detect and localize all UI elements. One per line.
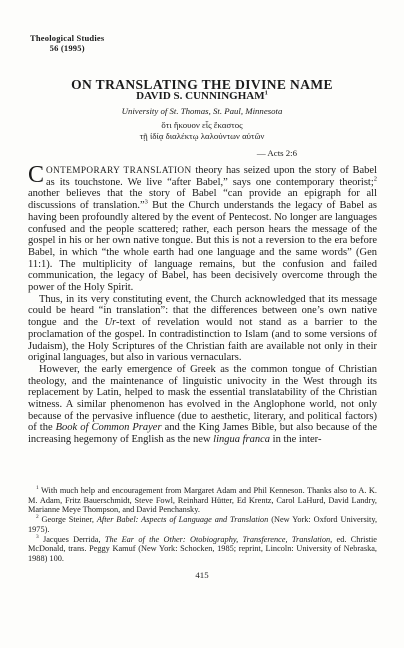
- paragraph-3-text: However, the early emergence of Greek as…: [28, 364, 377, 445]
- paragraph-1: CONTEMPORARY TRANSLATION theory has seiz…: [28, 165, 377, 294]
- author-name-text: DAVID S. CUNNINGHAM: [136, 90, 264, 102]
- footnote-2: 2 George Steiner, After Babel: Aspects o…: [28, 515, 377, 534]
- paragraph-2: Thus, in its very constituting event, th…: [28, 294, 377, 364]
- running-head: Theological Studies 56 (1995): [30, 33, 104, 53]
- journal-page: Theological Studies 56 (1995) ON TRANSLA…: [0, 0, 404, 648]
- footnote-3: 3 Jacques Derrida, The Ear of the Other:…: [28, 535, 377, 564]
- author-affiliation: University of St. Thomas, St. Paul, Minn…: [0, 106, 404, 116]
- author-footnote-marker: 1: [265, 89, 268, 96]
- journal-volume: 56 (1995): [30, 43, 104, 53]
- epigraph-block: ὅτι ἤκουον εἷς ἕκαστος τῇ ἰδίᾳ διαλέκτῳ …: [107, 120, 297, 159]
- journal-name: Theological Studies: [30, 33, 104, 43]
- footnote-3-text: Jacques Derrida, The Ear of the Other: O…: [28, 535, 377, 563]
- epigraph-greek-line-1: ὅτι ἤκουον εἷς ἕκαστος: [107, 120, 297, 131]
- article-body: CONTEMPORARY TRANSLATION theory has seiz…: [28, 165, 377, 446]
- footnote-2-text: George Steiner, After Babel: Aspects of …: [28, 515, 377, 534]
- paragraph-1-text: ONTEMPORARY TRANSLATION theory has seize…: [28, 165, 377, 293]
- footnote-1-text: With much help and encouragement from Ma…: [28, 486, 377, 514]
- page-number: 415: [0, 570, 404, 580]
- drop-cap: C: [28, 165, 46, 186]
- epigraph: ὅτι ἤκουον εἷς ἕκαστος τῇ ἰδίᾳ διαλέκτῳ …: [0, 120, 404, 159]
- epigraph-greek-line-2: τῇ ἰδίᾳ διαλέκτῳ λαλούντων αὐτῶν: [107, 131, 297, 142]
- footnote-1: 1 With much help and encouragement from …: [28, 486, 377, 515]
- footnotes: 1 With much help and encouragement from …: [28, 486, 377, 564]
- epigraph-attribution: — Acts 2:6: [107, 148, 297, 159]
- author-name: DAVID S. CUNNINGHAM1: [0, 90, 404, 102]
- paragraph-3: However, the early emergence of Greek as…: [28, 364, 377, 446]
- paragraph-2-text: Thus, in its very constituting event, th…: [28, 294, 377, 364]
